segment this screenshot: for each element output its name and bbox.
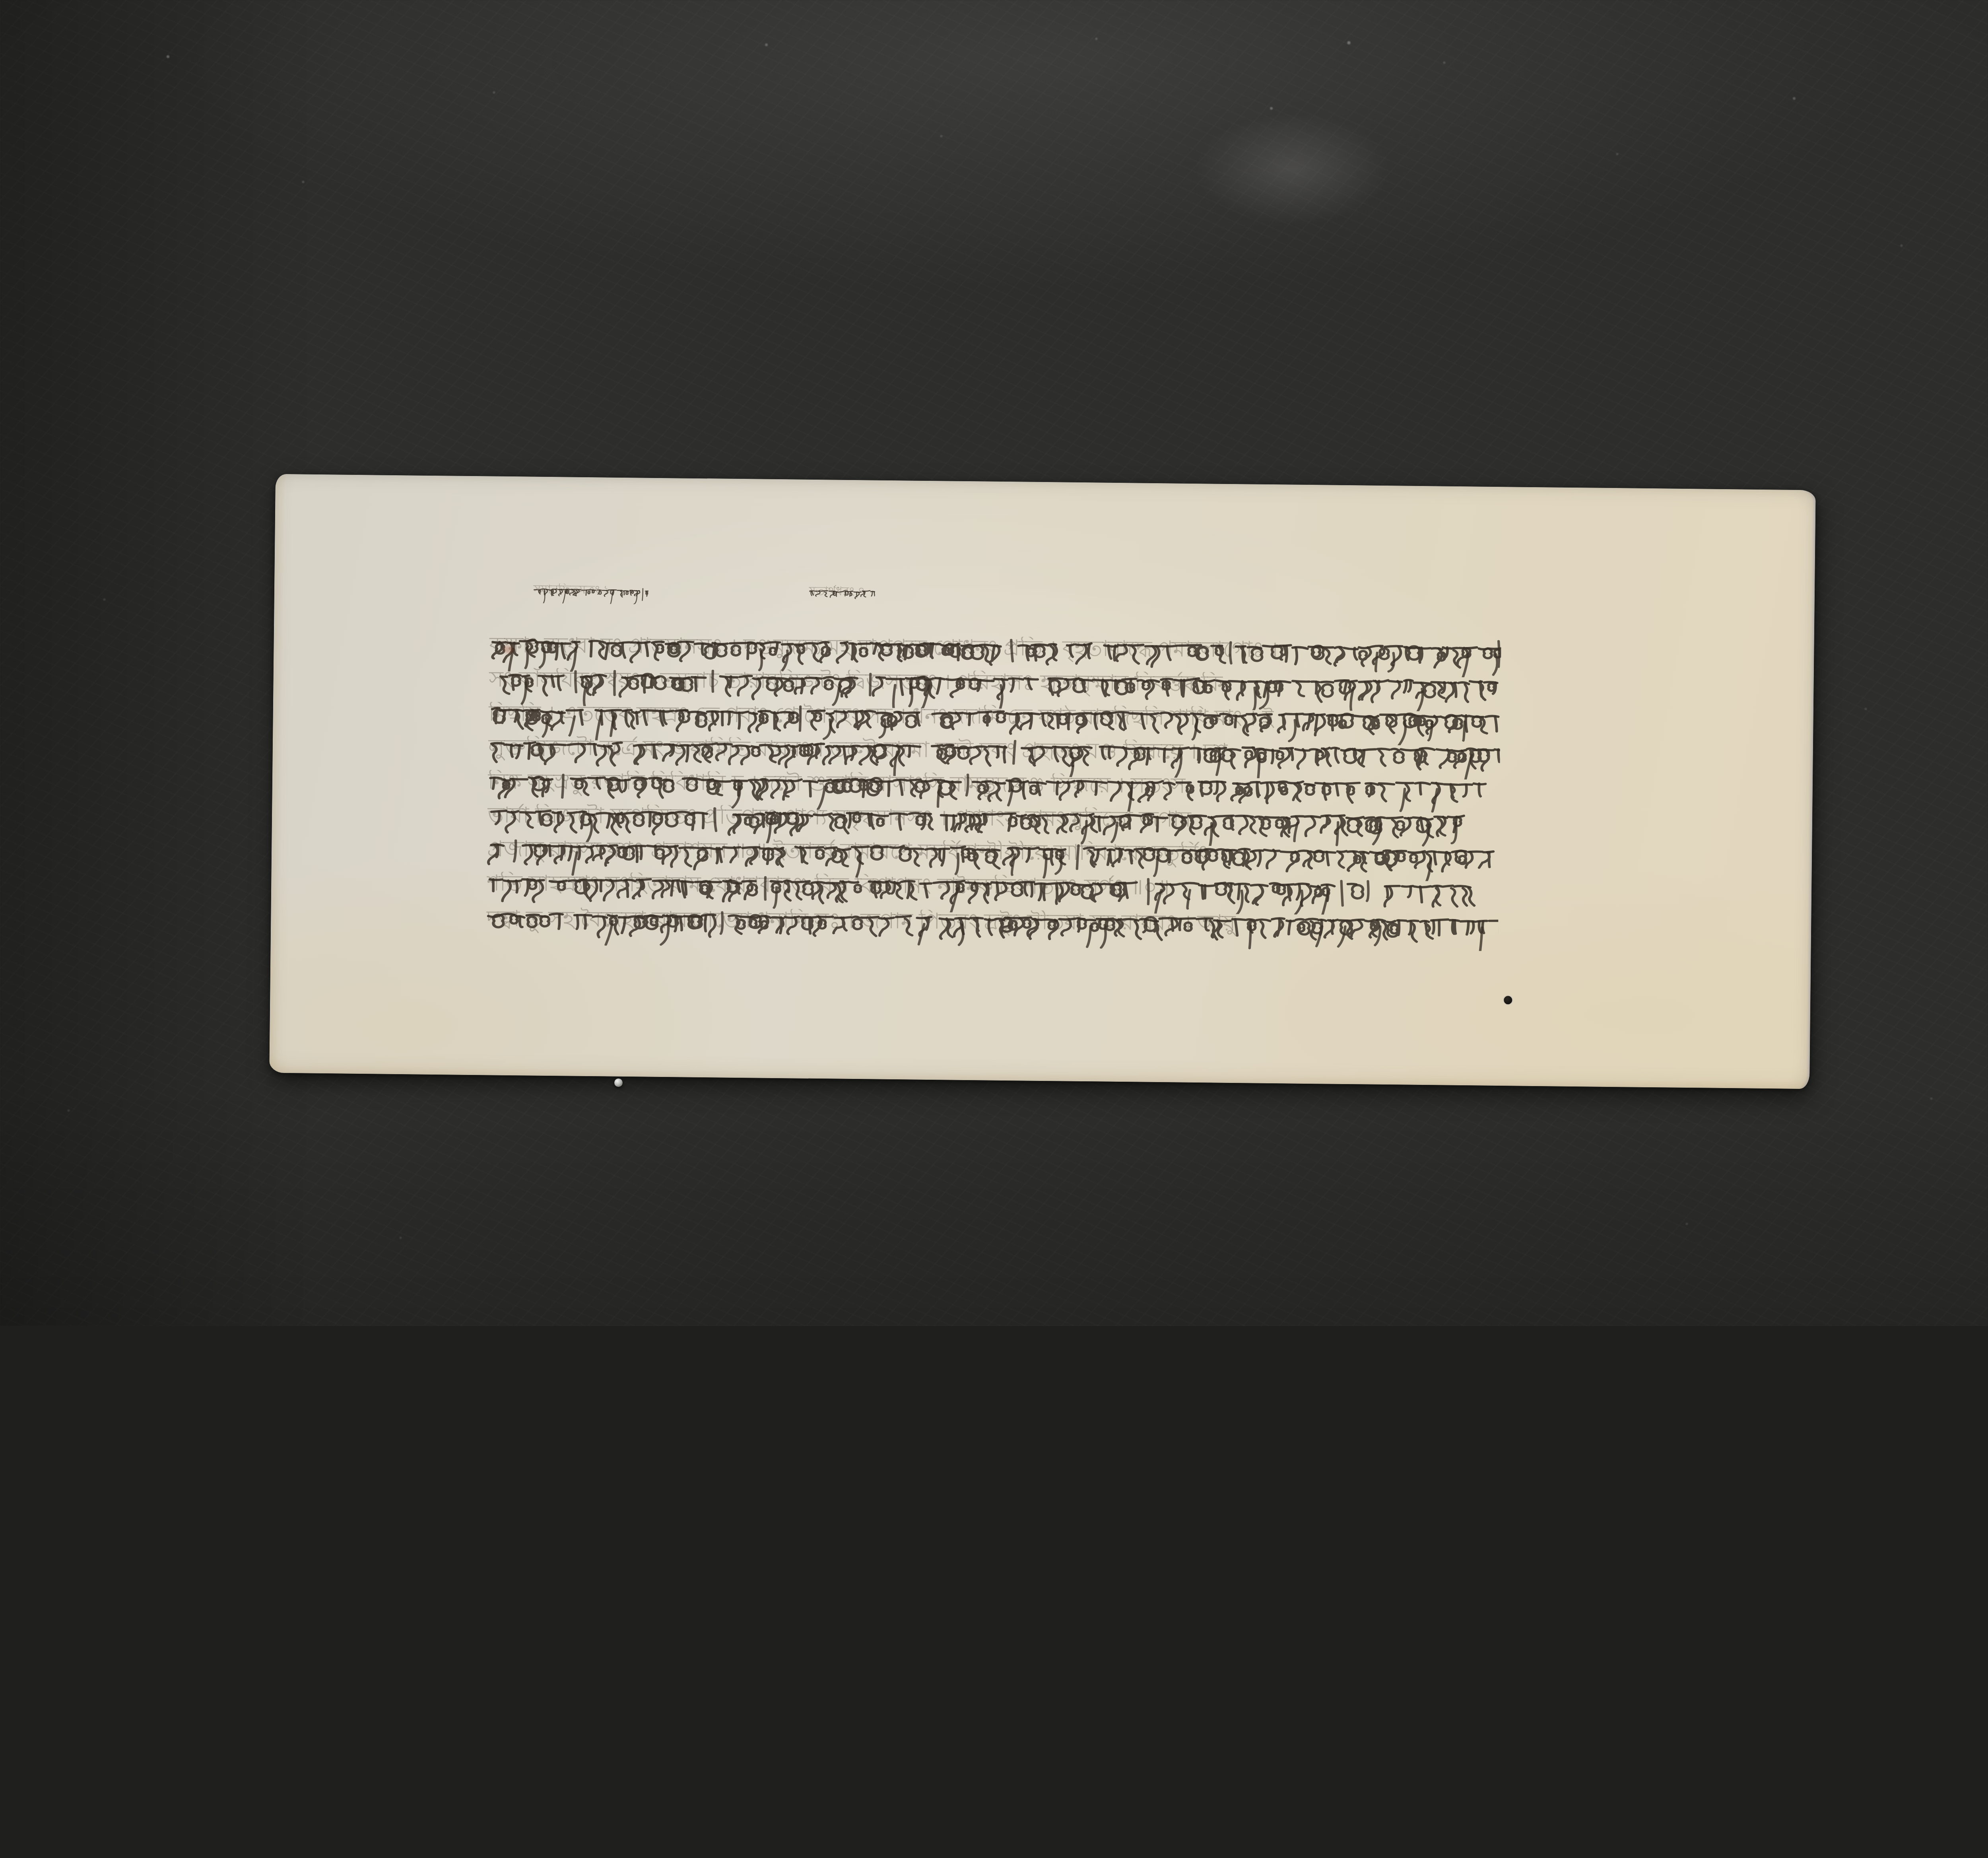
- folio-header-left-script-art: [533, 583, 648, 604]
- folio-header-left: সমানফিতমত্রং ১: [533, 583, 648, 604]
- manuscript-page: সমানফিতমত্রং ১ যতার্থধরং ৪ কক্ষাং বদ্ধ্ব…: [269, 474, 1816, 1089]
- script-line-art: [486, 907, 1499, 951]
- folio-header-right: যতার্থধরং ৪: [809, 585, 875, 605]
- manuscript-text-line: দত্বা তু সহ বৈদেহ্যা ব্রাহ্মণেভ্যো ধনানি…: [486, 907, 1499, 951]
- pin-head: [614, 1079, 623, 1087]
- folio-header-right-script-art: [809, 585, 875, 605]
- stain-mark: [503, 645, 513, 653]
- ink-blot: [1504, 996, 1512, 1004]
- dust-specks: [0, 0, 2, 2]
- photo-backdrop: সমানফিতমত্রং ১ যতার্থধরং ৪ কক্ষাং বদ্ধ্ব…: [0, 0, 1988, 1326]
